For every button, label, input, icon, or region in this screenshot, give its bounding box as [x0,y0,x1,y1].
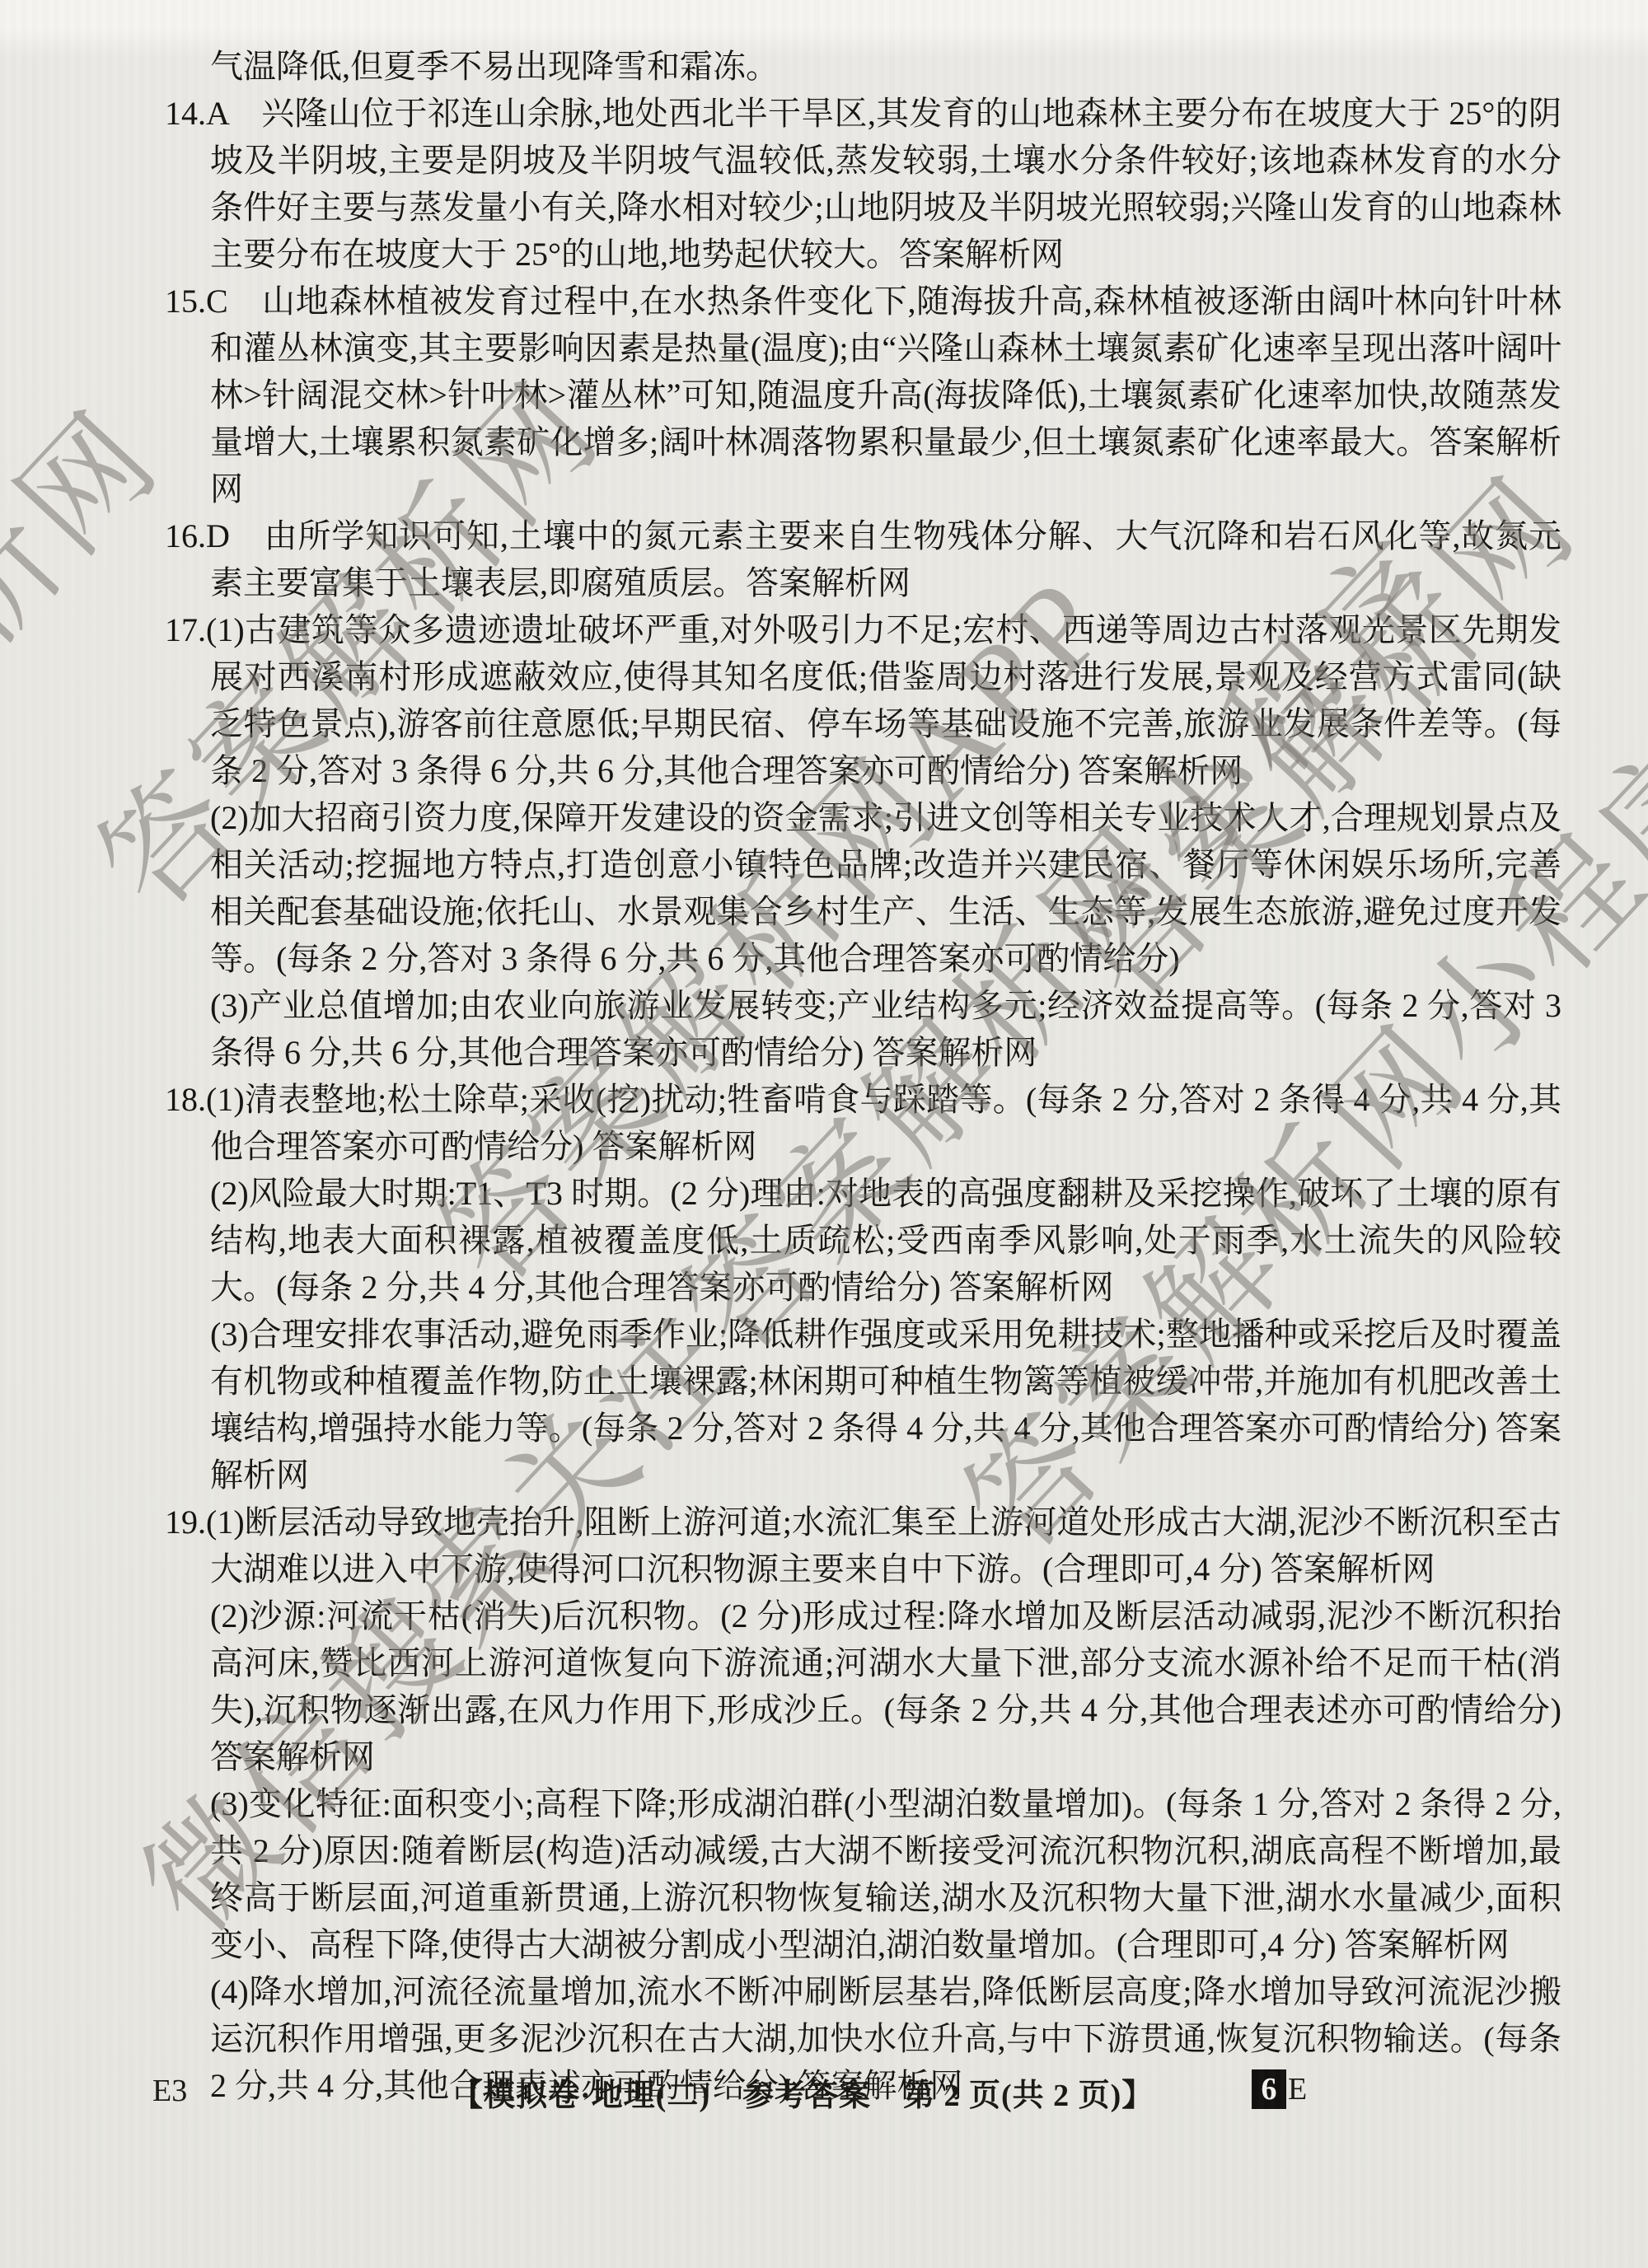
footer-badge-letter: E [1288,2069,1307,2109]
answer-paragraph-17-2: (2)加大招商引资力度,保障开发建设的资金需求;引进文创等相关专业技术人才,合理… [210,794,1561,982]
answer-paragraph-18-2: (2)风险最大时期:T1、T3 时期。(2 分)理由:对地表的高强度翻耕及采挖操… [210,1170,1561,1311]
answer-paragraph-19-3: (3)变化特征:面积变小;高程下降;形成湖泊群(小型湖泊数量增加)。(每条 1 … [210,1780,1561,1968]
footer-left-code: E3 [152,2073,187,2109]
answer-paragraph-17-1: 17.(1)古建筑等众多遗迹遗址破坏严重,对外吸引力不足;宏村、西递等周边古村落… [210,606,1561,794]
watermark-text: 答案解析网 [0,365,192,970]
answer-paragraph-13-cont: 气温降低,但夏季不易出现降雪和霜冻。 [210,43,1561,90]
answer-paragraph-18-1: 18.(1)清表整地;松土除草;采收(挖)扰动;牲畜啃食与踩踏等。(每条 2 分… [210,1076,1561,1170]
footer-badge-number: 6 [1252,2069,1286,2109]
answer-paragraph-18-3: (3)合理安排农事活动,避免雨季作业;降低耕作强度或采用免耕技术;整地播种或采挖… [210,1311,1561,1499]
answer-paragraph-19-2: (2)沙源:河流干枯(消失)后沉积物。(2 分)形成过程:降水增加及断层活动减弱… [210,1592,1561,1780]
footer-title: 【模拟卷·地理(二) 参考答案 第 2 页(共 2 页)】 [452,2069,1012,2115]
answer-paragraph-17-3: (3)产业总值增加;由农业向旅游业发展转变;产业结构多元;经济效益提高等。(每条… [210,982,1561,1076]
scanned-answer-page: 气温降低,但夏季不易出现降雪和霜冻。 14.A 兴隆山位于祁连山余脉,地处西北半… [0,0,1648,2268]
answer-paragraph-16: 16.D 由所学知识可知,土壤中的氮元素主要来自生物残体分解、大气沉降和岩石风化… [210,512,1561,606]
answer-paragraph-15: 15.C 山地森林植被发育过程中,在水热条件变化下,随海拔升高,森林植被逐渐由阔… [210,278,1561,512]
answer-paragraph-19-1: 19.(1)断层活动导致地壳抬升,阻断上游河道;水流汇集至上游河道处形成古大湖,… [210,1499,1561,1592]
answer-paragraph-14: 14.A 兴隆山位于祁连山余脉,地处西北半干旱区,其发育的山地森林主要分布在坡度… [210,90,1561,278]
page-footer: E3 【模拟卷·地理(二) 参考答案 第 2 页(共 2 页)】 6 E [0,2069,1648,2119]
footer-right-code: 6 E [1252,2069,1307,2109]
answer-text-block: 气温降低,但夏季不易出现降雪和霜冻。 14.A 兴隆山位于祁连山余脉,地处西北半… [210,43,1561,2109]
